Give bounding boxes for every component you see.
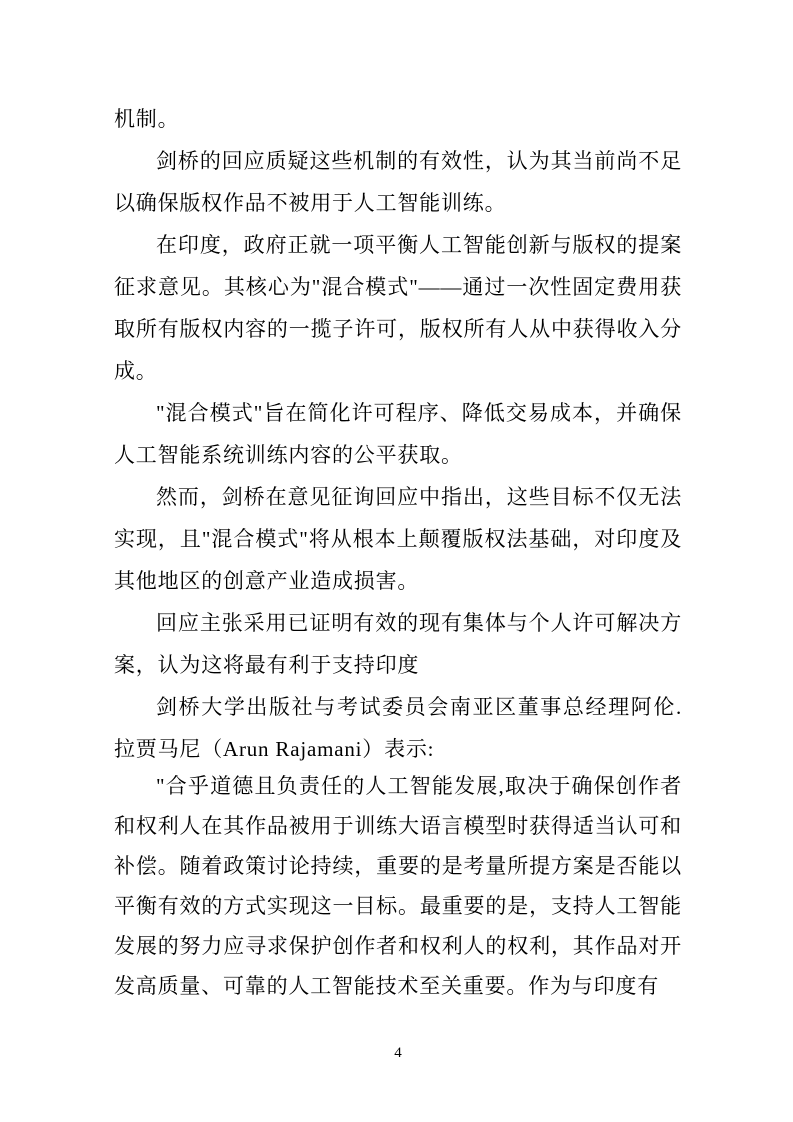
- paragraph-3: 在印度，政府正就一项平衡人工智能创新与版权的提案征求意见。其核心为"混合模式"—…: [114, 224, 682, 392]
- page-number: 4: [114, 1044, 682, 1062]
- paragraph-6: 回应主张采用已证明有效的现有集体与个人许可解决方案，认为这将最有利于支持印度: [114, 602, 682, 686]
- paragraph-1: 机制。: [114, 98, 682, 140]
- document-page: 机制。 剑桥的回应质疑这些机制的有效性，认为其当前尚不足以确保版权作品不被用于人…: [0, 0, 793, 1122]
- paragraph-8: "合乎道德且负责任的人工智能发展,取决于确保创作者和权利人在其作品被用于训练大语…: [114, 766, 682, 1006]
- paragraph-2: 剑桥的回应质疑这些机制的有效性，认为其当前尚不足以确保版权作品不被用于人工智能训…: [114, 140, 682, 224]
- paragraph-7: 剑桥大学出版社与考试委员会南亚区董事总经理阿伦. 拉贾马尼（Arun Rajam…: [114, 686, 682, 770]
- document-text: 机制。 剑桥的回应质疑这些机制的有效性，认为其当前尚不足以确保版权作品不被用于人…: [114, 98, 682, 1006]
- paragraph-5: 然而，剑桥在意见征询回应中指出，这些目标不仅无法实现，且"混合模式"将从根本上颠…: [114, 476, 682, 602]
- paragraph-4: "混合模式"旨在简化许可程序、降低交易成本，并确保人工智能系统训练内容的公平获取…: [114, 392, 682, 476]
